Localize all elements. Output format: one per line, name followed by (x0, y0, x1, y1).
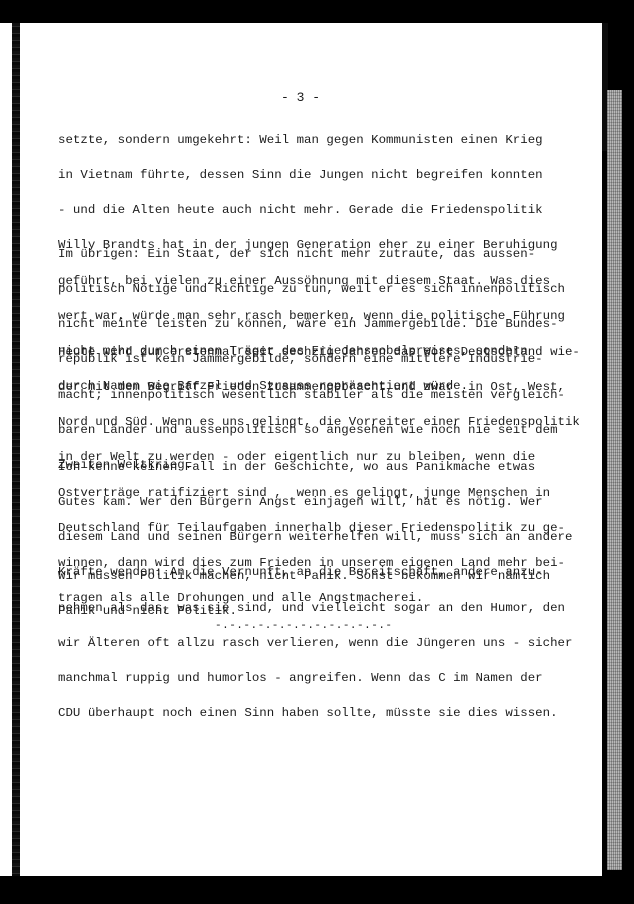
text-line: politisch Nötige und Richtige zu tun, we… (58, 284, 565, 296)
text-line: Heute wird zum erstenmal seit sechzig Ja… (58, 347, 580, 359)
text-line: Gutes kam. Wer den Bürgern Angst einjage… (58, 497, 572, 509)
text-line: Wir müssen Politik machen, nicht Panik. … (58, 571, 550, 583)
text-line: CDU überhaupt noch einen Sinn haben soll… (58, 708, 572, 720)
text-line: - und die Alten heute auch nicht mehr. G… (58, 205, 565, 217)
scan-border-bottom (0, 876, 634, 904)
scan-border-right (622, 23, 634, 904)
end-divider: -.-.-.-.-.-.-.-.-.-.-.-.- (215, 620, 393, 632)
scan-margin-left (0, 23, 12, 876)
paragraph-5: Wir müssen Politik machen, nicht Panik. … (58, 547, 550, 629)
text-line: Im übrigen: Ein Staat, der sich nicht me… (58, 249, 565, 261)
text-line: setzte, sondern umgekehrt: Weil man gege… (58, 135, 565, 147)
text-line: wir Älteren oft allzu rasch verlieren, w… (58, 638, 572, 650)
page-number: - 3 - (281, 90, 320, 105)
text-line: diesem Land und seinen Bürgern weiterhel… (58, 532, 572, 544)
scan-noise-strip (607, 90, 622, 870)
scan-border-top (0, 0, 634, 23)
text-line: in Vietnam führte, dessen Sinn die Junge… (58, 170, 565, 182)
text-line: Nord und Süd. Wenn es uns gelingt, die V… (58, 417, 580, 429)
text-line: Panik und nicht Politik. (58, 606, 550, 618)
text-line: der mit dem Begriff Frieden zusammengebr… (58, 382, 580, 394)
text-line: Ich kenne keinen Fall in der Geschichte,… (58, 462, 572, 474)
text-line: manchmal ruppig und humorlos - angreifen… (58, 673, 572, 685)
scan-shadow-left (12, 23, 20, 876)
